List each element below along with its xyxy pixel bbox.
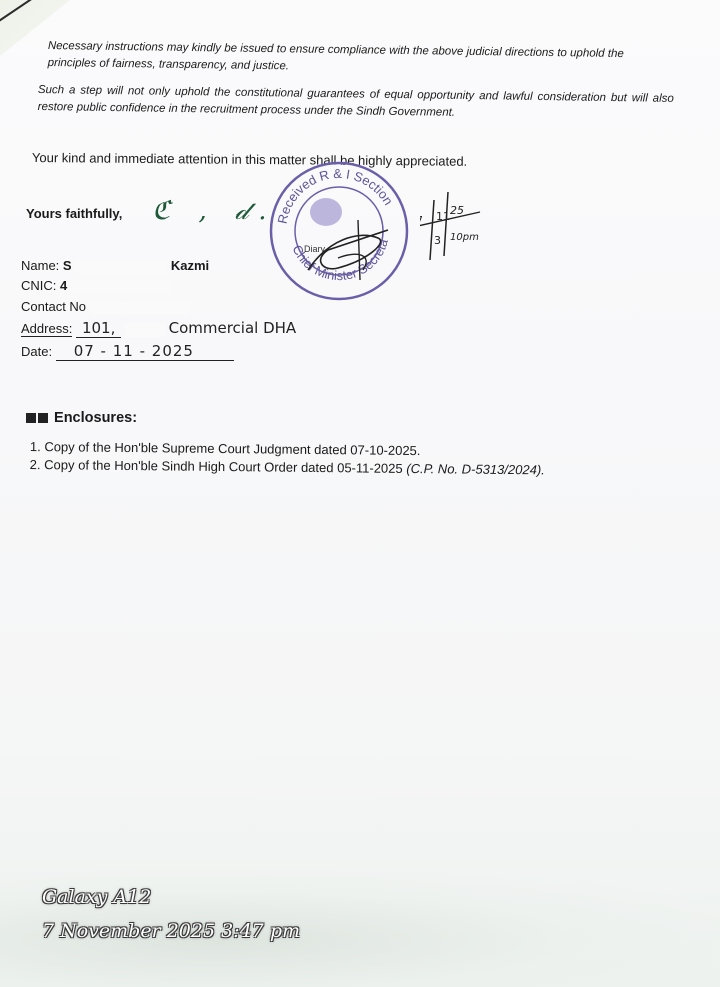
address-value-end: Commercial DHA [169,319,297,337]
redacted-text [75,260,167,274]
paragraph-constitutional: Such a step will not only uphold the con… [38,82,674,125]
bullet-square-icon [38,413,48,423]
sender-contact-row: Contact No [21,299,190,315]
svg-text:25: 25 [450,204,464,217]
sender-address-row: Address: 101, Commercial DHA [21,319,296,338]
enclosure-text: 1. Copy of the Hon'ble Supreme Court Jud… [30,439,421,458]
date-label: Date: [21,344,52,359]
svg-text:7: 7 [420,214,423,227]
enclosure-case-number: (C.P. No. D-5313/2024). [406,461,545,477]
paragraph-instructions: Necessary instructions may kindly be iss… [48,38,668,81]
sender-date-row: Date: 07 - 11 - 2025 [21,342,234,361]
cnic-value-start: 4 [60,278,67,293]
name-value-end: Kazmi [171,258,209,273]
address-label: Address: [21,321,72,337]
redacted-text [71,280,171,294]
receipt-annotation: 7 11 25 3 10pm [420,190,490,275]
closing-salutation: Yours faithfully, [26,206,122,221]
camera-timestamp-watermark: 7 November 2025 3:47 pm [42,920,300,942]
svg-text:11: 11 [436,210,450,223]
bullet-square-icon [26,413,36,423]
redacted-text [125,323,165,337]
cnic-label: CNIC: [21,278,56,293]
name-value-start: S [63,258,72,273]
receipt-date-mark: 7 11 25 3 10pm [420,190,490,270]
enclosures-heading: Enclosures: [26,410,137,426]
enclosure-text: 2. Copy of the Hon'ble Sindh High Court … [30,457,403,476]
handwritten-signature: ℭ , 𝒹. [152,196,276,227]
address-value-start: 101, [76,319,121,338]
enclosures-list: 1. Copy of the Hon'ble Supreme Court Jud… [30,438,545,479]
date-value: 07 - 11 - 2025 [56,342,234,361]
enclosures-title: Enclosures: [54,410,137,426]
contact-label: Contact No [21,299,86,314]
name-label: Name: [21,258,59,273]
document-page: Necessary instructions may kindly be iss… [0,0,720,987]
redacted-text [90,301,190,315]
svg-text:3: 3 [434,234,441,247]
svg-text:10pm: 10pm [450,232,479,243]
sender-name-row: Name: S Kazmi [21,258,209,274]
camera-device-watermark: Galaxy A12 [42,886,151,908]
received-stamp: Received R & I Section Chief Minister Se… [268,160,410,302]
sender-cnic-row: CNIC: 4 [21,278,171,294]
